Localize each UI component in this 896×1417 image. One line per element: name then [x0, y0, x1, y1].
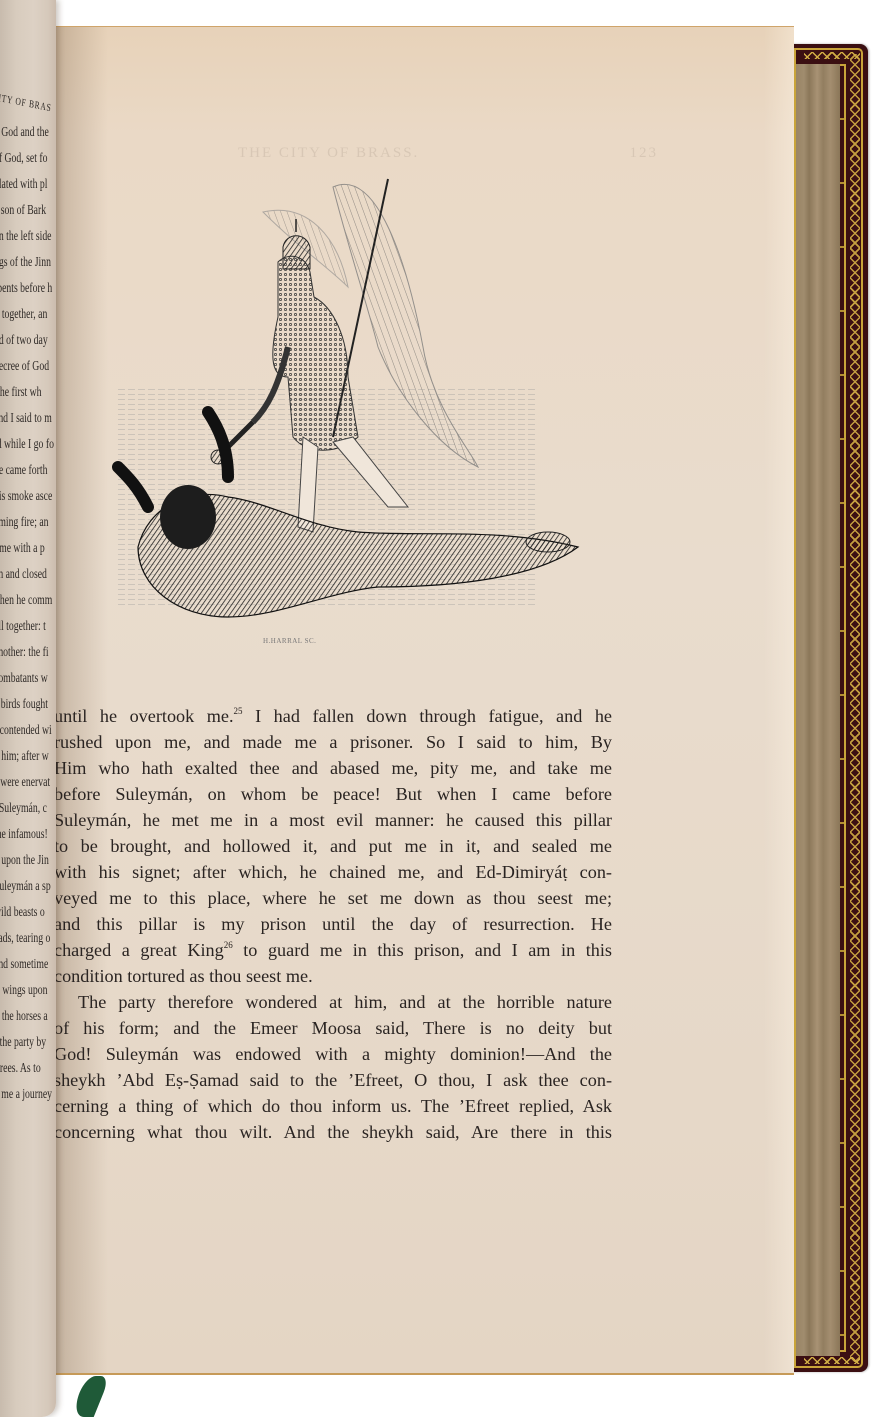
text-line: God! Suleymán was endowed with a mighty … [54, 1041, 612, 1067]
left-line: f the party by [0, 1029, 56, 1055]
text-line: until he overtook me.25 I had fallen dow… [54, 703, 612, 729]
left-line: ld while I go fo [0, 431, 56, 457]
left-line: s were enervat [0, 769, 56, 795]
left-line: ngs of the Jinn [0, 249, 56, 275]
left-line: of God, set fo [0, 145, 56, 171]
left-line: rpents before h [0, 275, 56, 301]
left-page-curl: CITY OF BRAS y God and the of God, set f… [0, 0, 56, 1417]
text-line: veyed me to this place, where he set me … [54, 885, 612, 911]
left-line: eads, tearing o [0, 925, 56, 951]
body-text: until he overtook me.25 I had fallen dow… [54, 703, 612, 1145]
engraver-signature: H.HARRAL SC. [263, 637, 316, 645]
left-line: all together: t [0, 613, 56, 639]
left-line: The first wh [0, 379, 56, 405]
left-line: he came forth [0, 457, 56, 483]
text-line: Suleymán, he met me in a most evil manne… [54, 807, 612, 833]
left-line: d him; after w [0, 743, 56, 769]
text-line: rushed upon me, and made me a prisoner. … [54, 729, 612, 755]
left-line: n upon the Jin [0, 847, 56, 873]
left-line: e birds fought [0, 691, 56, 717]
show-through-page-number: 123 [630, 145, 659, 162]
paragraph-2: The party therefore wondered at him, and… [54, 989, 612, 1145]
left-line: and sometime [0, 951, 56, 977]
left-line: combatants w [0, 665, 56, 691]
left-line: I contended wi [0, 717, 56, 743]
ribbon-bookmark [70, 1376, 111, 1417]
left-line: -trees. As to [0, 1055, 56, 1081]
left-line: his smoke asce [0, 483, 56, 509]
left-page-text: CITY OF BRAS y God and the of God, set f… [0, 85, 56, 1107]
left-line: wild beasts o [0, 899, 56, 925]
left-line: , Suleymán, c [0, 795, 56, 821]
left-line: aming fire; an [0, 509, 56, 535]
text-line: condition tortured as thou seest me. [54, 963, 612, 989]
left-line: ir wings upon [0, 977, 56, 1003]
gilt-zigzag-side [850, 54, 860, 1362]
page-edges [794, 64, 840, 1356]
engraving-illustration [78, 147, 598, 642]
text-line: concerning what thou wilt. And the sheyk… [54, 1119, 612, 1145]
gilt-zigzag-bottom [804, 1357, 860, 1364]
left-line: the infamous! [0, 821, 56, 847]
left-line: plated with pl [0, 171, 56, 197]
text-line: sheykh ’Abd Eṣ-Ṣamad said to the ’Efreet… [54, 1067, 612, 1093]
left-line: d me a journey [0, 1081, 56, 1107]
left-line: Then he comm [0, 587, 56, 613]
text-line: to be brought, and hollowed it, and put … [54, 833, 612, 859]
footnote-ref-25: 25 [234, 706, 243, 716]
left-line: Suleymán a sp [0, 873, 56, 899]
left-line: it the horses a [0, 1003, 56, 1029]
right-page: THE CITY OF BRASS. 123 [48, 26, 794, 1375]
left-line: y God and the [0, 119, 56, 145]
left-line: decree of God [0, 353, 56, 379]
text-line: The party therefore wondered at him, and… [54, 989, 612, 1015]
left-line: e son of Bark [0, 197, 56, 223]
text-line: cerning a thing of which do thou inform … [54, 1093, 612, 1119]
footnote-ref-26: 26 [224, 940, 233, 950]
text-line: and this pillar is my prison until the d… [54, 911, 612, 937]
left-line: on the left side [0, 223, 56, 249]
left-line: ll together, an [0, 301, 56, 327]
left-line: and I said to m [0, 405, 56, 431]
text-line: Him who hath exalted thee and abased me,… [54, 755, 612, 781]
text-line: with his signet; after which, he chained… [54, 859, 612, 885]
left-line: another: the fi [0, 639, 56, 665]
text-line: charged a great King26 to guard me in th… [54, 937, 612, 963]
paragraph-1: until he overtook me.25 I had fallen dow… [54, 703, 612, 989]
left-line: t me with a p [0, 535, 56, 561]
text-line: of his form; and the Emeer Moosa said, T… [54, 1015, 612, 1041]
left-line: en and closed [0, 561, 56, 587]
left-line: od of two day [0, 327, 56, 353]
text-line: before Suleymán, on whom be peace! But w… [54, 781, 612, 807]
